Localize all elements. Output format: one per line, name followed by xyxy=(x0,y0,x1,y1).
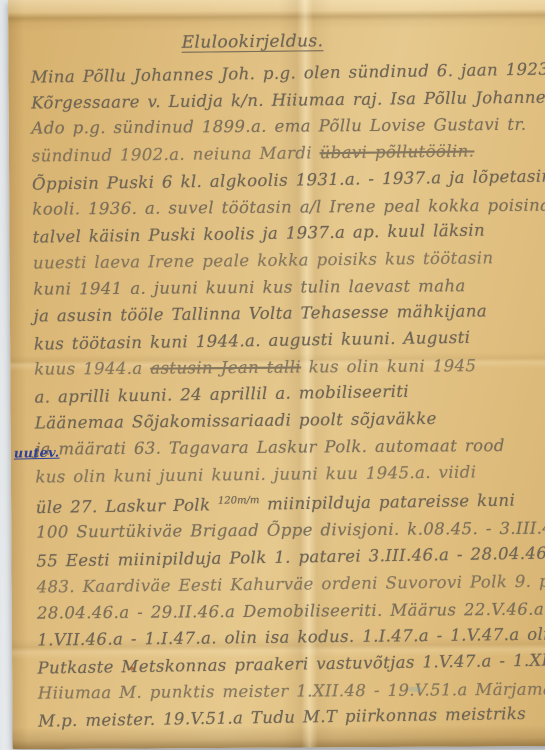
aged-paper-sheet: Elulookirjeldus. Mina Põllu Johannes Joh… xyxy=(8,0,545,749)
handwriting-block: Elulookirjeldus. Mina Põllu Johannes Joh… xyxy=(30,29,545,735)
document-title: Elulookirjeldus. xyxy=(30,29,544,55)
handwriting-lines: Mina Põllu Johannes Joh. p.g. olen sündi… xyxy=(31,58,545,735)
paper-smudge xyxy=(408,687,422,692)
handwritten-line: 28.04.46.a - 29.II.46.a Demobiliseeriti.… xyxy=(37,596,545,627)
paper-stain xyxy=(130,667,134,671)
handwritten-line: kuni 1941 a. juuni kuuni kus tulin laeva… xyxy=(33,272,545,303)
photo-background: Elulookirjeldus. Mina Põllu Johannes Joh… xyxy=(0,0,545,750)
handwritten-line: 483. Kaardiväe Eesti Kahurväe ordeni Suv… xyxy=(37,569,545,602)
margin-note-blue-ink: uutev. xyxy=(14,446,60,462)
